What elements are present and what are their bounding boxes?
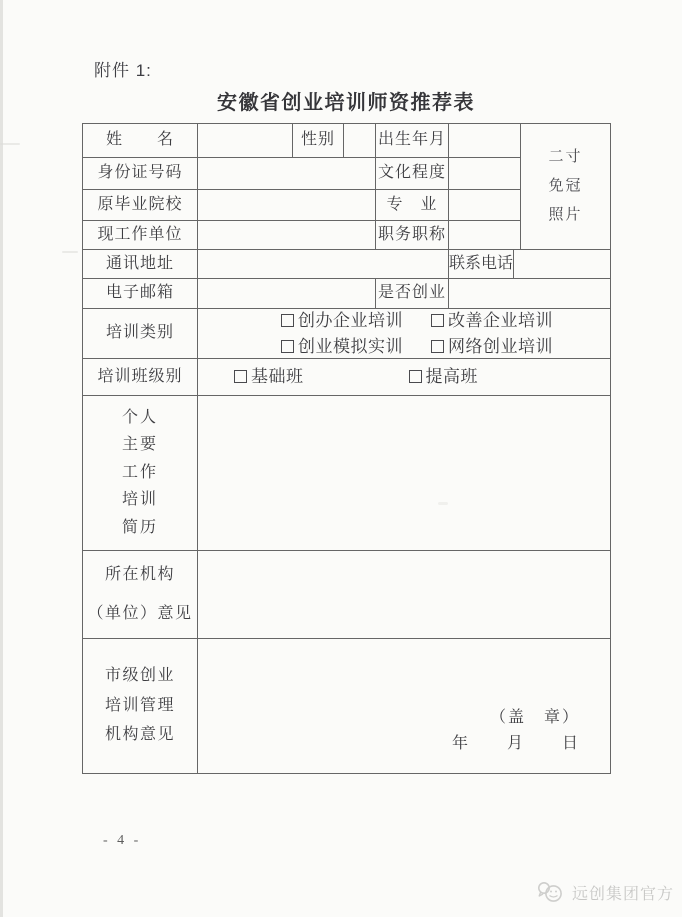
scan-artifact bbox=[62, 251, 78, 253]
training-level-options: 基础班 提高班 bbox=[198, 359, 611, 396]
field-label-name: 姓 名 bbox=[83, 124, 198, 158]
field-label-is-entrepreneur: 是否创业 bbox=[376, 279, 449, 309]
training-category-options: 创办企业培训 改善企业培训 创业模拟实训 网络创业培训 bbox=[198, 309, 611, 359]
field-label-training-level: 培训班级别 bbox=[83, 359, 198, 396]
field-label-employer: 现工作单位 bbox=[83, 221, 198, 250]
photo-box-line: 免冠 bbox=[548, 178, 582, 195]
watermark: 远创集团官方 bbox=[536, 880, 674, 905]
page-number: - 4 - bbox=[103, 833, 141, 849]
field-label-id-number: 身份证号码 bbox=[83, 158, 198, 190]
checkbox-icon bbox=[281, 314, 294, 327]
field-value-major bbox=[449, 190, 521, 221]
field-label-org-opinion: 所在机构 （单位）意见 bbox=[83, 551, 198, 639]
field-value-school bbox=[198, 190, 376, 221]
field-value-gender bbox=[344, 124, 376, 158]
checkbox-option-advanced-class: 提高班 bbox=[409, 367, 479, 387]
attachment-label: 附件 1: bbox=[94, 56, 152, 81]
field-label-municipal-opinion: 市级创业 培训管理 机构意见 bbox=[83, 639, 198, 774]
field-label-job-title: 职务职称 bbox=[376, 221, 449, 250]
field-value-is-entrepreneur bbox=[449, 279, 611, 309]
form-title: 安徽省创业培训师资推荐表 bbox=[82, 86, 610, 115]
field-label-gender: 性别 bbox=[293, 124, 344, 158]
field-label-education: 文化程度 bbox=[376, 158, 449, 190]
field-label-birth-date: 出生年月 bbox=[376, 124, 449, 158]
field-label-address: 通讯地址 bbox=[83, 250, 198, 279]
field-label-school: 原毕业院校 bbox=[83, 190, 198, 221]
watermark-text: 远创集团官方 bbox=[572, 881, 674, 904]
checkbox-icon bbox=[281, 340, 294, 353]
checkbox-icon bbox=[234, 370, 247, 383]
field-value-education bbox=[449, 158, 521, 190]
checkbox-option-online-business: 网络创业培训 bbox=[431, 337, 553, 357]
field-value-birth-date bbox=[449, 124, 521, 158]
field-value-resume bbox=[198, 396, 611, 551]
field-value-job-title bbox=[449, 221, 521, 250]
checkbox-icon bbox=[409, 370, 422, 383]
checkbox-icon bbox=[431, 340, 444, 353]
checkbox-option-simulation-training: 创业模拟实训 bbox=[281, 337, 403, 357]
field-value-employer bbox=[198, 221, 376, 250]
field-value-email bbox=[198, 279, 376, 309]
scan-edge-shadow bbox=[0, 0, 3, 917]
field-value-municipal-opinion: （盖 章） 年 月 日 bbox=[198, 639, 611, 774]
field-value-id-number bbox=[198, 158, 376, 190]
date-line: 年 月 日 bbox=[452, 735, 578, 753]
field-label-phone: 联系电话 bbox=[449, 250, 514, 279]
photo-box: 二寸 免冠 照片 bbox=[521, 124, 611, 250]
field-value-address bbox=[198, 250, 449, 279]
field-value-name bbox=[198, 124, 293, 158]
field-label-major: 专 业 bbox=[376, 190, 449, 221]
photo-box-line: 照片 bbox=[548, 207, 582, 224]
checkbox-option-basic-class: 基础班 bbox=[234, 367, 304, 387]
field-value-phone bbox=[514, 250, 611, 279]
field-label-resume: 个人 主要 工作 培训 简历 bbox=[83, 396, 198, 551]
checkbox-option-start-business: 创办企业培训 bbox=[281, 311, 403, 331]
stamp-note: （盖 章） bbox=[490, 709, 580, 727]
field-label-training-category: 培训类别 bbox=[83, 309, 198, 359]
photo-box-line: 二寸 bbox=[548, 149, 582, 166]
scan-artifact bbox=[0, 143, 20, 145]
checkbox-option-improve-business: 改善企业培训 bbox=[431, 311, 553, 331]
wechat-smiley-icon bbox=[536, 880, 566, 905]
checkbox-icon bbox=[431, 314, 444, 327]
field-value-org-opinion bbox=[198, 551, 611, 639]
field-label-email: 电子邮箱 bbox=[83, 279, 198, 309]
recommendation-form-table: 姓 名 性别 出生年月 二寸 免冠 照片 身份证号码 文化程度 原毕业院校 专 … bbox=[82, 123, 611, 774]
